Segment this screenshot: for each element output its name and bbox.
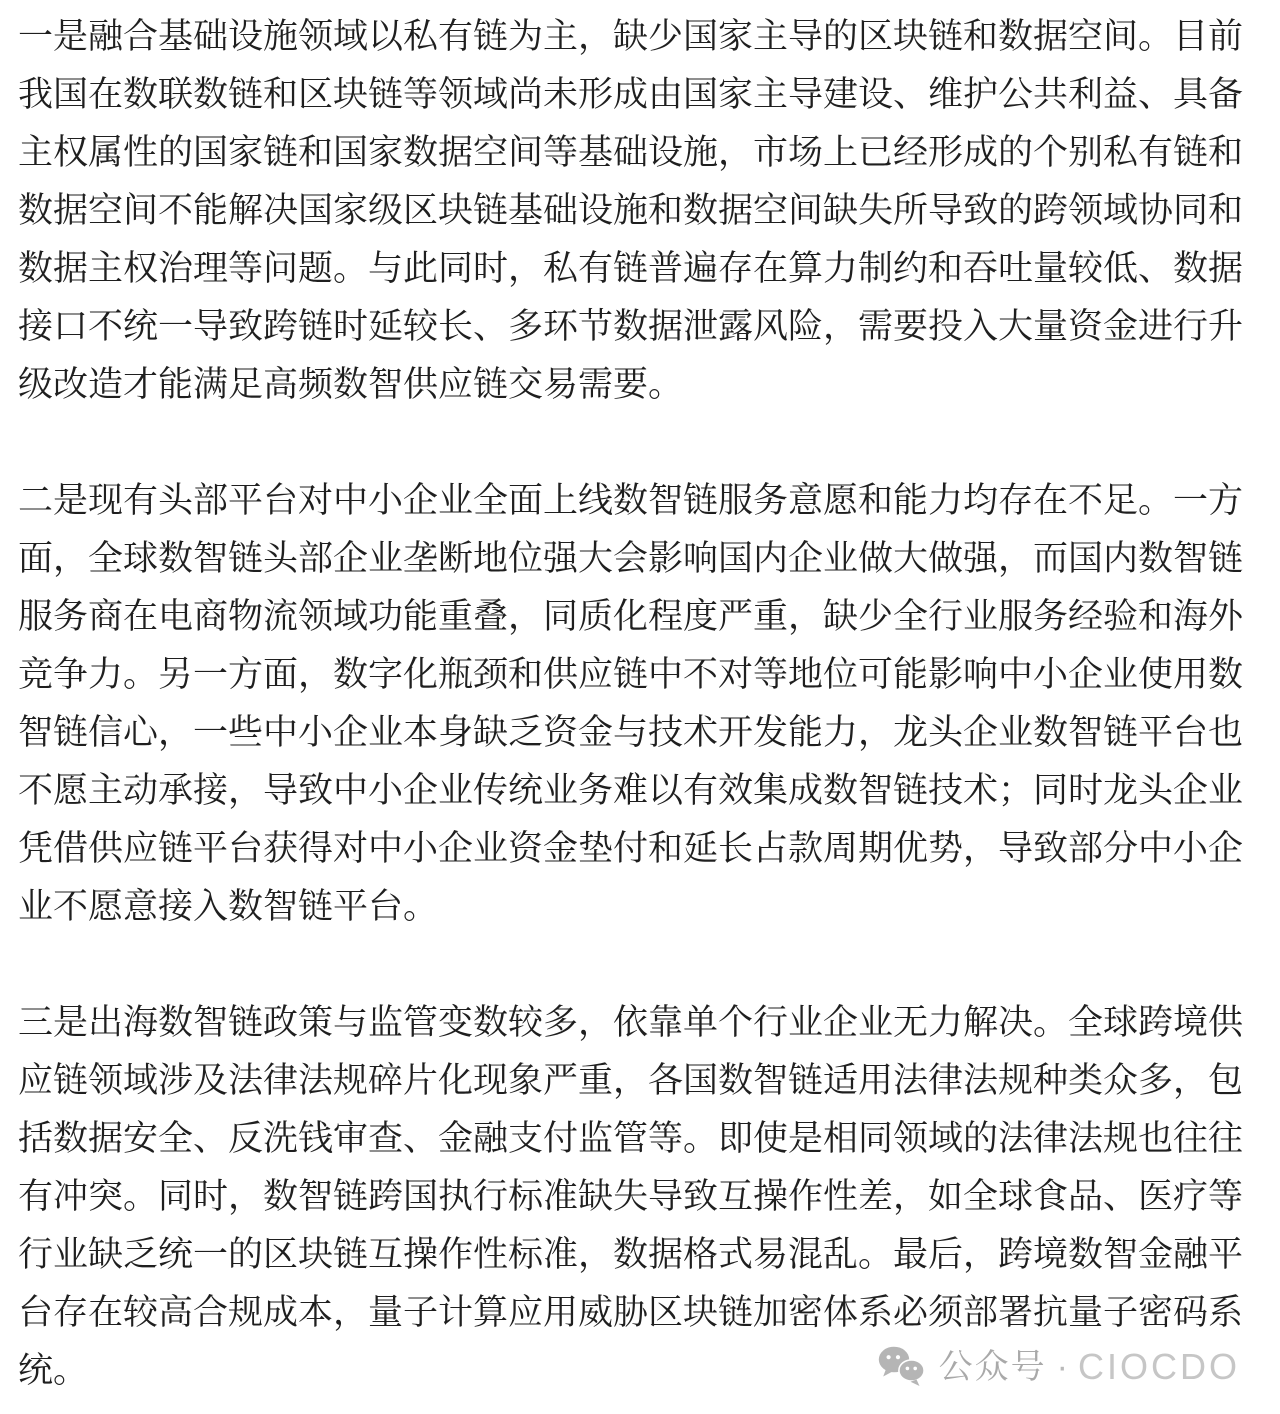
article-body: 一是融合基础设施领域以私有链为主，缺少国家主导的区块链和数据空间。目前我国在数联… — [0, 0, 1280, 1414]
article-paragraph-1: 一是融合基础设施领域以私有链为主，缺少国家主导的区块链和数据空间。目前我国在数联… — [18, 8, 1258, 414]
watermark-separator: · — [1057, 1338, 1068, 1396]
watermark-label: 公众号 — [939, 1338, 1047, 1396]
watermark-account: CIOCDO — [1078, 1338, 1240, 1396]
wechat-watermark: 公众号 · CIOCDO — [878, 1338, 1240, 1396]
article-paragraph-2: 二是现有头部平台对中小企业全面上线数智链服务意愿和能力均存在不足。一方面，全球数… — [18, 472, 1258, 936]
wechat-icon — [878, 1346, 925, 1388]
